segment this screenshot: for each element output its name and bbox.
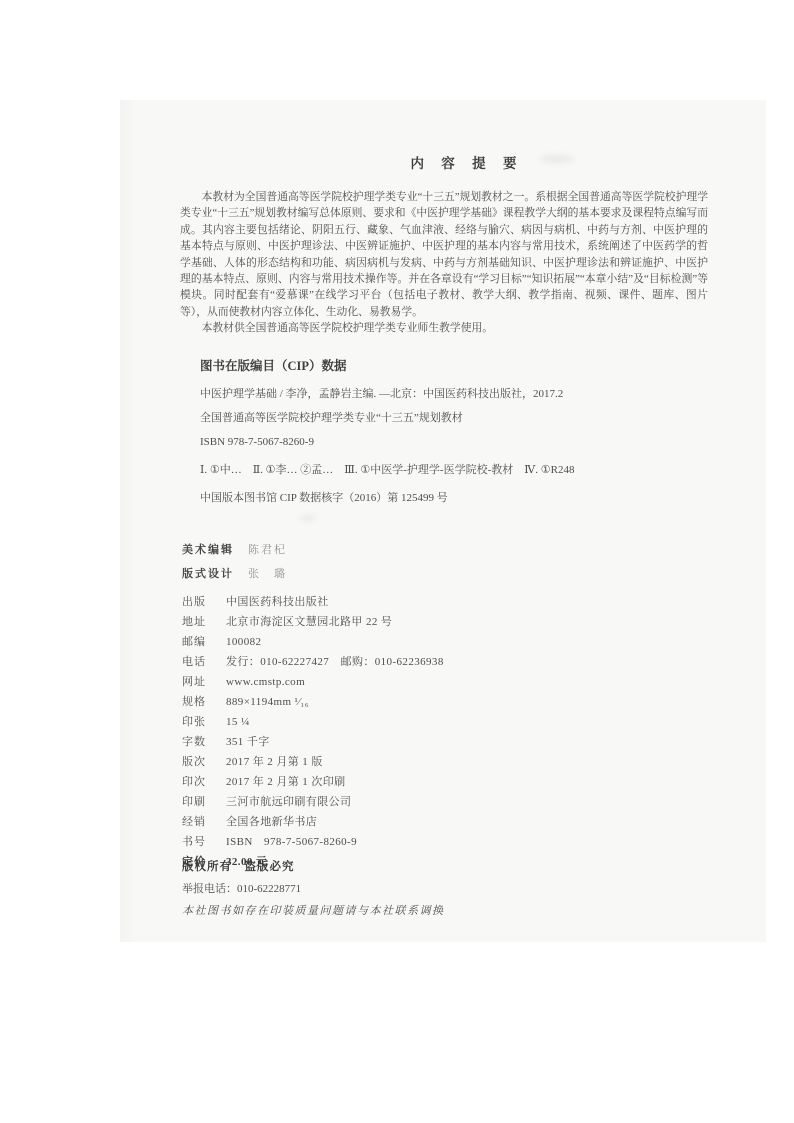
credit-value: 陈君杞 [248, 538, 287, 562]
publication-value: 全国各地新华书店 [226, 812, 317, 832]
publication-label: 印次 [182, 772, 209, 792]
publication-row: 印张15 ¼ [182, 712, 444, 732]
publication-value: 15 ¼ [226, 712, 250, 732]
publication-label: 经销 [182, 812, 209, 832]
publication-value: 三河市航远印刷有限公司 [226, 792, 351, 812]
scanned-book-page-canvas: 内 容 提 要 本教材为全国普通高等医学院校护理学类专业“十三五”规划教材之一。… [0, 0, 794, 1123]
cip-line: 中国版本图书馆 CIP 数据核字（2016）第 125499 号 [200, 486, 730, 510]
publication-value: 发行：010-62227427 邮购：010-62236938 [226, 652, 444, 672]
scan-smudge [300, 515, 316, 521]
publication-label: 规格 [182, 692, 209, 712]
publication-row: 规格889×1194mm ¹⁄₁₆ [182, 692, 444, 712]
publication-row: 电话发行：010-62227427 邮购：010-62236938 [182, 652, 444, 672]
credit-value: 张 璐 [248, 562, 287, 586]
publication-row: 网址www.cmstp.com [182, 672, 444, 692]
content-summary-body: 本教材为全国普通高等医学院校护理学类专业“十三五”规划教材之一。系根据全国普通高… [180, 189, 708, 337]
publication-label: 版次 [182, 752, 209, 772]
publication-row: 邮编100082 [182, 632, 444, 652]
publication-value: 2017 年 2 月第 1 版 [226, 752, 323, 772]
report-phone-line: 举报电话：010-62228771 [182, 878, 445, 900]
publication-label: 字数 [182, 732, 209, 752]
cip-lines: 中医护理学基础 / 李净，孟静岩主编. —北京：中国医药科技出版社，2017.2… [200, 382, 730, 510]
cip-heading: 图书在版编目（CIP）数据 [200, 356, 730, 374]
publication-value: 北京市海淀区文慧园北路甲 22 号 [226, 612, 392, 632]
credits-section: 美术编辑陈君杞版式设计张 璐 [182, 538, 287, 586]
publication-value: 100082 [226, 632, 261, 652]
publication-label: 书号 [182, 832, 209, 852]
publication-row: 印刷三河市航远印刷有限公司 [182, 792, 444, 812]
publication-label: 印刷 [182, 792, 209, 812]
publication-label: 电话 [182, 652, 209, 672]
publication-row: 书号ISBN 978-7-5067-8260-9 [182, 832, 444, 852]
cip-line: ISBN 978-7-5067-8260-9 [200, 430, 730, 454]
cip-data-section: 图书在版编目（CIP）数据 中医护理学基础 / 李净，孟静岩主编. —北京：中国… [200, 356, 730, 510]
copyright-notice: 版权所有 盗版必究 [182, 856, 445, 878]
publication-row: 版次2017 年 2 月第 1 版 [182, 752, 444, 772]
publication-value: www.cmstp.com [226, 672, 305, 692]
publication-label: 网址 [182, 672, 209, 692]
book-copyright-page: 内 容 提 要 本教材为全国普通高等医学院校护理学类专业“十三五”规划教材之一。… [120, 100, 766, 942]
publication-row: 印次2017 年 2 月第 1 次印刷 [182, 772, 444, 792]
cip-line: Ⅰ. ①中… Ⅱ. ①李… ②孟… Ⅲ. ①中医学-护理学-医学院校-教材 Ⅳ.… [200, 458, 730, 482]
footer-notices-section: 版权所有 盗版必究 举报电话：010-62228771 本社图书如存在印装质量问… [182, 856, 445, 922]
publication-label: 出版 [182, 592, 209, 612]
summary-paragraph: 本教材为全国普通高等医学院校护理学类专业“十三五”规划教材之一。系根据全国普通高… [180, 189, 708, 320]
exchange-notice: 本社图书如存在印装质量问题请与本社联系调换 [182, 900, 445, 922]
publication-label: 印张 [182, 712, 209, 732]
publication-value: 351 千字 [226, 732, 270, 752]
content-summary-section: 内 容 提 要 本教材为全国普通高等医学院校护理学类专业“十三五”规划教材之一。… [180, 152, 708, 337]
publication-info-section: 出版中国医药科技出版社地址北京市海淀区文慧园北路甲 22 号邮编100082电话… [182, 592, 444, 872]
publication-row: 字数351 千字 [182, 732, 444, 752]
publication-value: ISBN 978-7-5067-8260-9 [226, 832, 357, 852]
cip-line: 全国普通高等医学院校护理学类专业“十三五”规划教材 [200, 406, 730, 430]
content-summary-heading: 内 容 提 要 [226, 152, 708, 172]
publication-value: 中国医药科技出版社 [226, 592, 329, 612]
credit-label: 版式设计 [182, 562, 234, 586]
summary-closing-line: 本教材供全国普通高等医学院校护理学类专业师生教学使用。 [180, 320, 708, 336]
publication-label: 地址 [182, 612, 209, 632]
publication-row: 出版中国医药科技出版社 [182, 592, 444, 612]
credit-row: 版式设计张 璐 [182, 562, 287, 586]
publication-label: 邮编 [182, 632, 209, 652]
cip-line: 中医护理学基础 / 李净，孟静岩主编. —北京：中国医药科技出版社，2017.2 [200, 382, 730, 406]
publication-value: 2017 年 2 月第 1 次印刷 [226, 772, 346, 792]
credit-row: 美术编辑陈君杞 [182, 538, 287, 562]
credit-label: 美术编辑 [182, 538, 234, 562]
publication-row: 地址北京市海淀区文慧园北路甲 22 号 [182, 612, 444, 632]
publication-row: 经销全国各地新华书店 [182, 812, 444, 832]
publication-value: 889×1194mm ¹⁄₁₆ [226, 692, 309, 712]
